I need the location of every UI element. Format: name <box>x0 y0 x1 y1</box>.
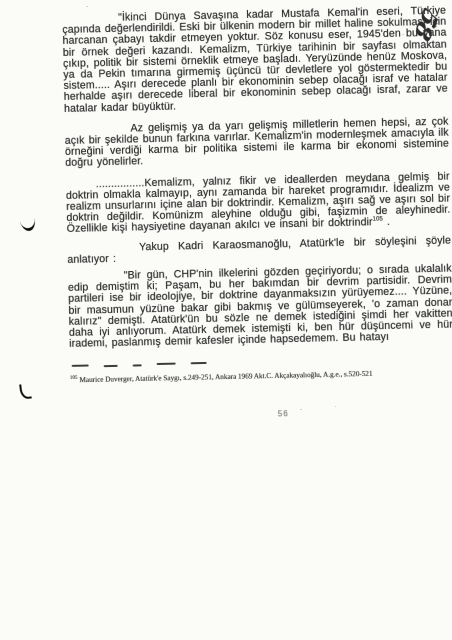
scan-speckle <box>300 409 302 410</box>
paragraph-tail: . <box>383 216 390 228</box>
scanned-document-page: 58 "İkinci Dünya Savaşına kadar Mustafa … <box>0 0 452 640</box>
scan-speckle <box>335 406 336 407</box>
ink-mark-top <box>20 217 37 232</box>
footnote-text: Maurice Duverger, Atatürk'e Saygı, s.249… <box>79 370 372 384</box>
paragraph-chp-quote: "Bir gün, CHP'nin ilkelerini gözden geçi… <box>68 264 452 351</box>
paragraph-az-gelismis: Az gelişmiş ya da yarı gelişmiş milletle… <box>64 116 449 169</box>
paragraph-quote-duverger: "İkinci Dünya Savaşına kadar Mustafa Kem… <box>62 6 448 115</box>
footnote-separator <box>72 358 452 368</box>
paragraph-yakup-kadri-intro: Yakup Kadri Karaosmanoğlu, Atatürk'le bi… <box>67 235 451 266</box>
footnote: 105Maurice Duverger, Atatürk'e Saygı, s.… <box>70 368 402 385</box>
footnote-marker: 105 <box>70 376 78 381</box>
text-block: "İkinci Dünya Savaşına kadar Mustafa Kem… <box>62 6 452 385</box>
ink-mark-bottom <box>19 383 32 399</box>
page-number: 56 <box>278 409 289 418</box>
paragraph-kemalizm-doktrin: ................Kemalizm, yalnız fikir v… <box>66 171 451 235</box>
scan-speckle <box>86 6 88 7</box>
footnote-ref-105: 105 <box>373 217 383 223</box>
paragraph-text: ................Kemalizm, yalnız fikir v… <box>66 170 451 235</box>
